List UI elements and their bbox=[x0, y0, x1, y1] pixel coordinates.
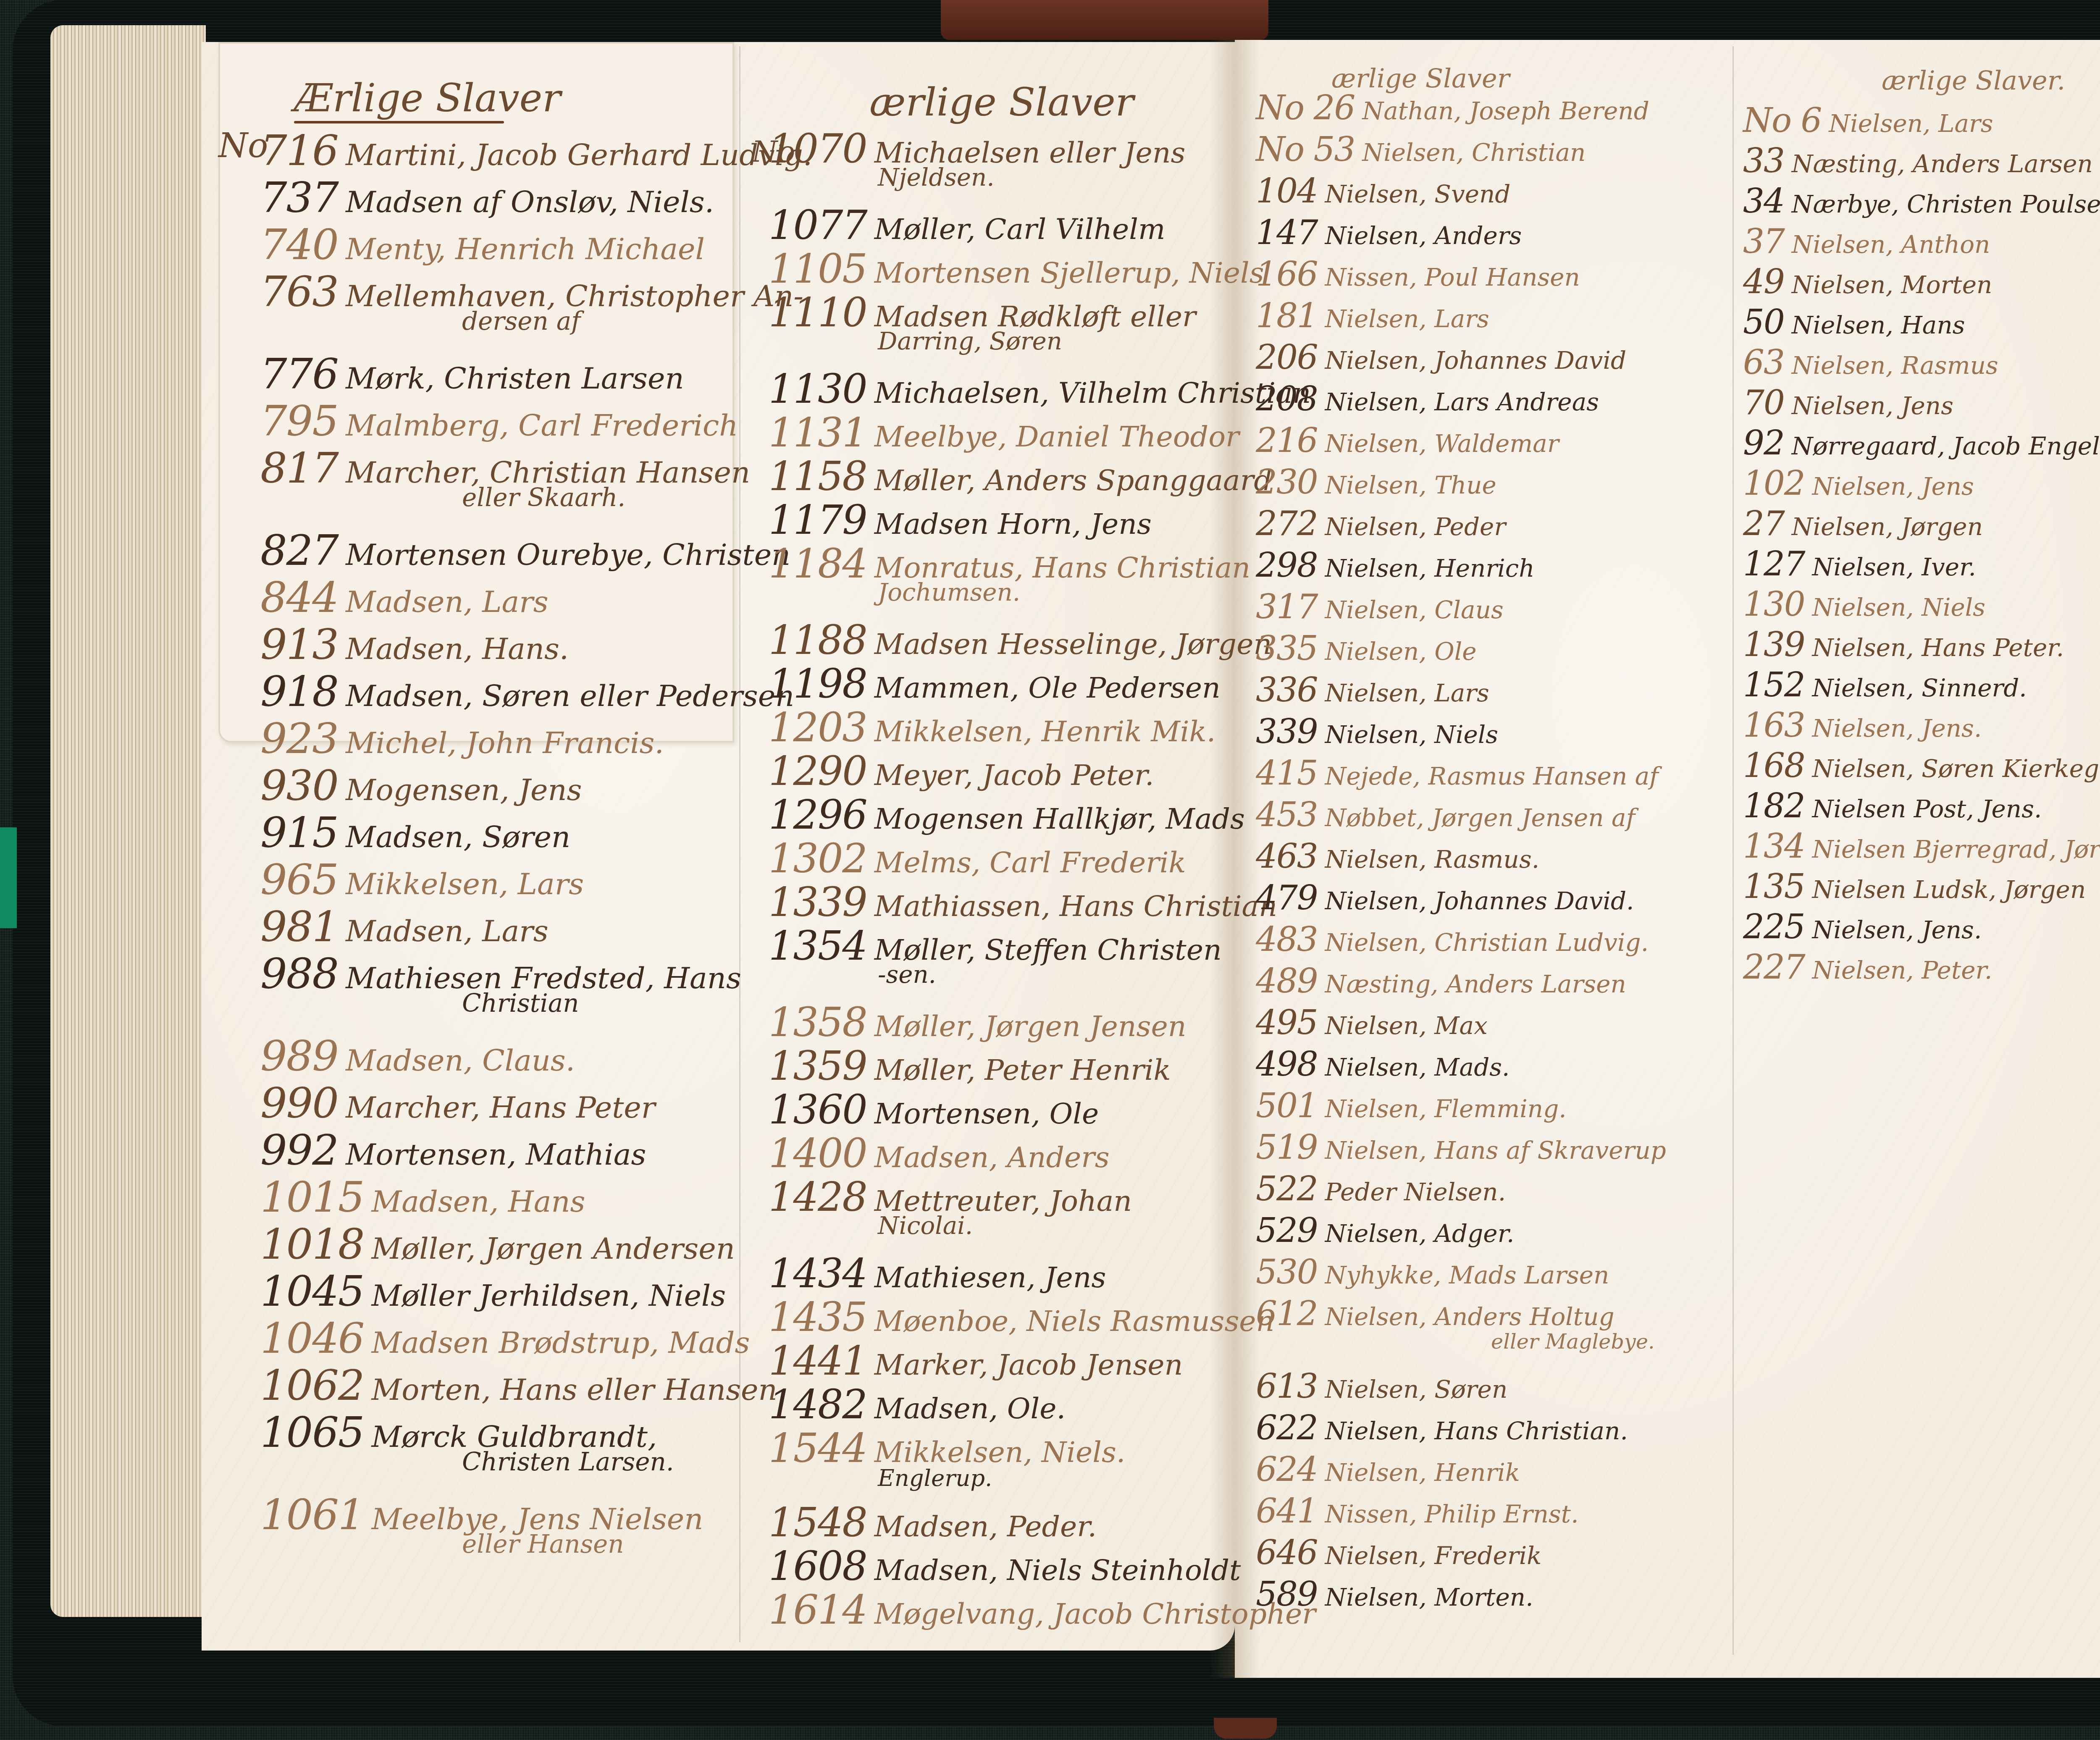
entry-number: 519 bbox=[1256, 1128, 1318, 1167]
entry-number: 336 bbox=[1256, 670, 1318, 709]
entry-name: Nielsen, Niels bbox=[1812, 593, 1985, 622]
entry-number: 1434 bbox=[769, 1251, 867, 1297]
entry-number: 182 bbox=[1743, 786, 1805, 825]
entry-number: 1065 bbox=[260, 1408, 364, 1457]
entry-number: 216 bbox=[1256, 421, 1318, 460]
entry-continuation: eller Skaarh. bbox=[462, 483, 625, 512]
register-entry: 1435Møenboe, Niels Rasmussen bbox=[769, 1294, 1274, 1341]
entry-number: 298 bbox=[1256, 546, 1318, 585]
entry-number: 130 bbox=[1743, 585, 1805, 624]
entry-number: 206 bbox=[1256, 338, 1318, 377]
entry-name: Nielsen, Christian Ludvig. bbox=[1325, 928, 1648, 957]
entry-number: 1158 bbox=[769, 454, 867, 500]
entry-continuation: Nicolai. bbox=[878, 1211, 973, 1240]
entry-name: Nielsen, Waldemar bbox=[1325, 429, 1559, 458]
entry-name: Mikkelsen, Lars bbox=[346, 867, 584, 901]
register-entry: 622Nielsen, Hans Christian. bbox=[1256, 1408, 1628, 1447]
register-entry: 227Nielsen, Peter. bbox=[1743, 947, 1992, 987]
entry-number: 844 bbox=[260, 573, 338, 622]
entry-number: 913 bbox=[260, 620, 338, 669]
entry-name: Nielsen, Hans Peter. bbox=[1812, 633, 2064, 662]
entry-name: Nielsen, Jens bbox=[1792, 391, 1953, 420]
register-entry: 1339Mathiassen, Hans Christian bbox=[769, 879, 1277, 926]
entry-number: 1339 bbox=[769, 879, 867, 926]
entry-name: Nielsen, Lars Andreas bbox=[1325, 388, 1599, 416]
register-entry: 989Madsen, Claus. bbox=[260, 1031, 575, 1081]
entry-name: Nielsen, Adger. bbox=[1325, 1219, 1515, 1248]
entry-number: 1290 bbox=[769, 748, 867, 795]
register-entry: 134Nielsen Bjerregrad, Jørgen bbox=[1743, 827, 2100, 866]
entry-number: 1045 bbox=[260, 1267, 364, 1316]
entry-name: Nielsen, Johannes David bbox=[1325, 346, 1626, 375]
entry-number: 989 bbox=[260, 1031, 338, 1081]
entry-continuation: Jochumsen. bbox=[878, 578, 1020, 606]
register-entry: 1441Marker, Jacob Jensen bbox=[769, 1338, 1183, 1384]
entry-number: 646 bbox=[1256, 1533, 1318, 1572]
entry-number: 795 bbox=[260, 396, 338, 446]
entry-name: Nielsen, Ole bbox=[1325, 637, 1477, 666]
entry-name: Madsen, Hans bbox=[372, 1184, 585, 1219]
register-entry: 70Nielsen, Jens bbox=[1743, 383, 1953, 422]
entry-name: Mortensen Sjellerup, Niels bbox=[874, 257, 1264, 290]
entry-name: Nielsen, Hans bbox=[1792, 311, 1965, 339]
entry-name: Nielsen, Anders Holtug bbox=[1325, 1302, 1614, 1331]
entry-name: Nyhykke, Mads Larsen bbox=[1325, 1261, 1609, 1289]
entry-name: Nielsen, Henrik bbox=[1325, 1458, 1520, 1487]
register-entry: 272Nielsen, Peder bbox=[1256, 504, 1506, 543]
entry-name: Nielsen, Thue bbox=[1325, 471, 1496, 499]
entry-number: 168 bbox=[1743, 746, 1805, 785]
entry-number: 479 bbox=[1256, 878, 1318, 917]
entry-name: Madsen Hesselinge, Jørgen bbox=[874, 628, 1272, 661]
entry-number: 489 bbox=[1256, 961, 1318, 1000]
entry-number: 1435 bbox=[769, 1294, 867, 1341]
register-entry: 990Marcher, Hans Peter bbox=[260, 1079, 655, 1128]
register-entry: 1548Madsen, Peder. bbox=[769, 1500, 1097, 1546]
entry-number: 166 bbox=[1256, 255, 1318, 294]
register-entry: 1359Møller, Peter Henrik bbox=[769, 1043, 1171, 1089]
register-entry: 923Michel, John Francis. bbox=[260, 714, 664, 763]
entry-number: 1198 bbox=[769, 661, 867, 707]
entry-number: 981 bbox=[260, 902, 338, 951]
entry-name: Nielsen, Max bbox=[1325, 1011, 1488, 1040]
entry-number: 1614 bbox=[769, 1587, 867, 1633]
entry-number: 624 bbox=[1256, 1450, 1318, 1489]
entry-name: Melms, Carl Frederik bbox=[874, 846, 1186, 879]
entry-name: Nielsen Bjerregrad, Jørgen bbox=[1812, 835, 2100, 863]
entry-name: Peder Nielsen. bbox=[1325, 1178, 1506, 1206]
entry-name: Mørk, Christen Larsen bbox=[346, 361, 684, 396]
entry-number: 127 bbox=[1743, 544, 1805, 583]
entry-number: 463 bbox=[1256, 837, 1318, 876]
entry-number: 1544 bbox=[769, 1425, 867, 1472]
register-entry: 918Madsen, Søren eller Pedersen bbox=[260, 667, 794, 716]
entry-name: Mikkelsen, Henrik Mik. bbox=[874, 715, 1216, 748]
register-entry: 913Madsen, Hans. bbox=[260, 620, 569, 669]
register-entry: 298Nielsen, Henrich bbox=[1256, 546, 1535, 585]
entry-number: 737 bbox=[260, 173, 338, 222]
entry-number: 1131 bbox=[769, 410, 867, 456]
entry-name: Menty, Henrich Michael bbox=[346, 232, 705, 266]
entry-name: Møller, Peter Henrik bbox=[874, 1054, 1171, 1087]
entry-number: 1608 bbox=[769, 1543, 867, 1590]
entry-number: 483 bbox=[1256, 920, 1318, 959]
register-entry: 166Nissen, Poul Hansen bbox=[1256, 255, 1580, 294]
column-heading: ærlige Slaver. bbox=[1882, 65, 2065, 96]
entry-name: Madsen, Anders bbox=[874, 1141, 1110, 1174]
entry-name: Nielsen, Flemming. bbox=[1325, 1094, 1567, 1123]
entry-name: Nielsen, Hans af Skraverup bbox=[1325, 1136, 1666, 1165]
entry-name: Nielsen Ludsk, Jørgen bbox=[1812, 875, 2086, 904]
entry-name: Møller Jerhildsen, Niels bbox=[372, 1278, 726, 1313]
entry-continuation: Njeldsen. bbox=[878, 163, 995, 192]
entry-name: Nielsen, Mads. bbox=[1325, 1053, 1510, 1081]
entry-number: 1203 bbox=[769, 705, 867, 751]
entry-number: 501 bbox=[1256, 1086, 1318, 1125]
entry-continuation: -sen. bbox=[878, 960, 936, 989]
entry-name: Mogensen, Jens bbox=[346, 773, 582, 807]
register-entry: 1046Madsen Brødstrup, Mads bbox=[260, 1314, 750, 1363]
register-entry: 102Nielsen, Jens bbox=[1743, 464, 1974, 503]
register-entry: 624Nielsen, Henrik bbox=[1256, 1450, 1520, 1489]
entry-number: 104 bbox=[1256, 171, 1318, 210]
entry-number: 776 bbox=[260, 349, 338, 399]
entry-continuation: eller Hansen bbox=[462, 1530, 624, 1559]
entry-name: Nielsen, Anthon bbox=[1792, 230, 1990, 259]
entry-name: Nøbbet, Jørgen Jensen af bbox=[1325, 803, 1635, 832]
register-entry: 1131Meelbye, Daniel Theodor bbox=[769, 410, 1239, 456]
entry-name: Nielsen, Morten. bbox=[1325, 1583, 1533, 1611]
register-entry: 1358Møller, Jørgen Jensen bbox=[769, 1000, 1186, 1046]
entry-number: 33 bbox=[1743, 141, 1784, 180]
register-entry: 1198Mammen, Ole Pedersen bbox=[769, 661, 1221, 707]
entry-number: 1105 bbox=[769, 246, 867, 292]
entry-number: 34 bbox=[1743, 181, 1784, 220]
entry-number: 1302 bbox=[769, 836, 867, 882]
entry-number: 181 bbox=[1256, 296, 1318, 335]
entry-name: Mathiassen, Hans Christian bbox=[874, 890, 1277, 923]
entry-number: 589 bbox=[1256, 1575, 1318, 1614]
entry-number: 230 bbox=[1256, 462, 1318, 501]
entry-name: Nissen, Philip Ernst. bbox=[1325, 1500, 1579, 1528]
entry-number: 147 bbox=[1256, 213, 1318, 252]
entry-number: 63 bbox=[1743, 343, 1784, 382]
register-entry: 127Nielsen, Iver. bbox=[1743, 544, 1976, 583]
entry-number: 522 bbox=[1256, 1169, 1318, 1208]
register-entry: No 53Nielsen, Christian bbox=[1256, 130, 1585, 169]
register-entry: 336Nielsen, Lars bbox=[1256, 670, 1489, 709]
entry-number: 27 bbox=[1743, 504, 1784, 543]
entry-number: 930 bbox=[260, 761, 338, 810]
entry-number: 988 bbox=[260, 949, 338, 998]
entry-name: Nielsen, Svend bbox=[1325, 180, 1511, 208]
register-entry: 63Nielsen, Rasmus bbox=[1743, 343, 1998, 382]
register-entry: 152Nielsen, Sinnerd. bbox=[1743, 665, 2027, 704]
entry-number: 227 bbox=[1743, 947, 1805, 987]
entry-name: Nielsen, Rasmus bbox=[1792, 351, 1998, 380]
entry-name: Nielsen Post, Jens. bbox=[1812, 795, 2042, 823]
entry-number: 1070 bbox=[769, 126, 867, 172]
entry-number: 716 bbox=[260, 126, 338, 175]
entry-number: 1358 bbox=[769, 1000, 867, 1046]
entry-number: 622 bbox=[1256, 1408, 1318, 1447]
register-entry: 479Nielsen, Johannes David. bbox=[1256, 878, 1634, 917]
register-entry: 1158Møller, Anders Spanggaard bbox=[769, 454, 1272, 500]
register-entry: 776Mørk, Christen Larsen bbox=[260, 349, 684, 399]
register-entry: 992Mortensen, Mathias bbox=[260, 1126, 646, 1175]
entry-name: Madsen, Lars bbox=[346, 914, 549, 948]
entry-number: 92 bbox=[1743, 423, 1784, 462]
entry-number: 740 bbox=[260, 220, 338, 269]
entry-number: 152 bbox=[1743, 665, 1805, 704]
register-entry: 1400Madsen, Anders bbox=[769, 1131, 1110, 1177]
entry-number: 918 bbox=[260, 667, 338, 716]
register-entry: 589Nielsen, Morten. bbox=[1256, 1575, 1533, 1614]
entry-name: Madsen, Søren bbox=[346, 820, 570, 854]
entry-name: Madsen, Claus. bbox=[346, 1043, 575, 1078]
entry-number: 1015 bbox=[260, 1173, 364, 1222]
entry-name: Madsen, Niels Steinholdt bbox=[874, 1554, 1241, 1587]
register-entry: 1179Madsen Horn, Jens bbox=[769, 497, 1152, 543]
entry-number: 1110 bbox=[769, 290, 867, 336]
register-entry: 104Nielsen, Svend bbox=[1256, 171, 1511, 210]
entry-number: 817 bbox=[260, 444, 338, 493]
entry-name: Nielsen, Lars bbox=[1325, 304, 1489, 333]
entry-number: 965 bbox=[260, 855, 338, 904]
entry-number: No 26 bbox=[1256, 88, 1354, 127]
register-entry: 613Nielsen, Søren bbox=[1256, 1367, 1507, 1406]
spine-tailband bbox=[1214, 1718, 1277, 1739]
entry-name: Næsting, Anders Larsen bbox=[1792, 150, 2093, 178]
register-entry: 716Martini, Jacob Gerhard Ludvig. bbox=[260, 126, 812, 175]
entry-name: Madsen, Peder. bbox=[874, 1510, 1097, 1543]
entry-name: Nielsen, Lars bbox=[1325, 679, 1489, 707]
entry-number: 529 bbox=[1256, 1211, 1318, 1250]
register-entry: 1482Madsen, Ole. bbox=[769, 1382, 1066, 1428]
entry-name: Madsen af Onsløv, Niels. bbox=[346, 185, 714, 219]
entry-continuation: dersen af bbox=[462, 307, 580, 336]
register-entry: 1077Møller, Carl Vilhelm bbox=[769, 202, 1165, 249]
entry-name: Michaelsen, Vilhelm Christian bbox=[874, 377, 1311, 410]
register-entry: 1015Madsen, Hans bbox=[260, 1173, 585, 1222]
entry-number: 990 bbox=[260, 1079, 338, 1128]
register-entry: 489Næsting, Anders Larsen bbox=[1256, 961, 1626, 1000]
entry-name: Martini, Jacob Gerhard Ludvig. bbox=[346, 138, 812, 172]
entry-number: 1548 bbox=[769, 1500, 867, 1546]
entry-number: 49 bbox=[1743, 262, 1784, 301]
entry-name: Nielsen, Niels bbox=[1325, 720, 1498, 749]
entry-name: Nissen, Poul Hansen bbox=[1325, 263, 1580, 291]
register-entry: 1188Madsen Hesselinge, Jørgen bbox=[769, 617, 1272, 664]
entry-number: 1296 bbox=[769, 792, 867, 838]
entry-name: Mathiesen, Jens bbox=[874, 1261, 1106, 1294]
entry-name: Madsen Brødstrup, Mads bbox=[372, 1325, 750, 1360]
entry-number: 495 bbox=[1256, 1003, 1318, 1042]
register-entry: 646Nielsen, Frederik bbox=[1256, 1533, 1541, 1572]
register-entry: 641Nissen, Philip Ernst. bbox=[1256, 1491, 1579, 1530]
entry-number: 1077 bbox=[769, 202, 867, 249]
column-rule-right-page bbox=[1732, 46, 1734, 1655]
entry-name: Nielsen, Henrich bbox=[1325, 554, 1535, 583]
register-entry: 844Madsen, Lars bbox=[260, 573, 549, 622]
entry-number: 613 bbox=[1256, 1367, 1318, 1406]
entry-name: Nærbye, Christen Poulsen bbox=[1792, 190, 2100, 218]
register-entry: 827Mortensen Ourebye, Christen bbox=[260, 526, 790, 575]
register-entry: 501Nielsen, Flemming. bbox=[1256, 1086, 1567, 1125]
register-entry: 27Nielsen, Jørgen bbox=[1743, 504, 1983, 543]
register-entry: 453Nøbbet, Jørgen Jensen af bbox=[1256, 795, 1635, 834]
entry-annotation: Englerup. bbox=[878, 1465, 992, 1491]
entry-name: Møller, Jørgen Jensen bbox=[874, 1010, 1186, 1043]
entry-name: Madsen, Søren eller Pedersen bbox=[346, 679, 794, 713]
register-entry: 50Nielsen, Hans bbox=[1743, 302, 1965, 341]
entry-name: Malmberg, Carl Frederich bbox=[346, 408, 738, 443]
register-entry: 529Nielsen, Adger. bbox=[1256, 1211, 1514, 1250]
entry-name: Nielsen, Morten bbox=[1792, 270, 1992, 299]
cover-green-marker-left bbox=[0, 827, 17, 928]
entry-name: Madsen Horn, Jens bbox=[874, 508, 1152, 541]
entry-name: Nielsen, Peder bbox=[1325, 512, 1506, 541]
register-entry: 1062Morten, Hans eller Hansen bbox=[260, 1361, 777, 1410]
register-entry: 181Nielsen, Lars bbox=[1256, 296, 1489, 335]
entry-number: 70 bbox=[1743, 383, 1784, 422]
register-entry: 522Peder Nielsen. bbox=[1256, 1169, 1506, 1208]
register-entry: 339Nielsen, Niels bbox=[1256, 712, 1498, 751]
entry-number: 641 bbox=[1256, 1491, 1318, 1530]
register-entry: 1203Mikkelsen, Henrik Mik. bbox=[769, 705, 1215, 751]
entry-name: Mogensen Hallkjør, Mads bbox=[874, 803, 1245, 836]
entry-name: Nielsen, Anders bbox=[1325, 221, 1522, 250]
register-entry: 930Mogensen, Jens bbox=[260, 761, 582, 810]
register-entry: 130Nielsen, Niels bbox=[1743, 585, 1985, 624]
page-edges-left bbox=[50, 25, 206, 1617]
entry-number: 272 bbox=[1256, 504, 1318, 543]
entry-name: Nielsen, Peter. bbox=[1812, 956, 1992, 984]
entry-name: Meelbye, Daniel Theodor bbox=[874, 420, 1239, 454]
entry-name: Nielsen, Hans Christian. bbox=[1325, 1417, 1628, 1445]
register-entry: 206Nielsen, Johannes David bbox=[1256, 338, 1626, 377]
entry-name: Næsting, Anders Larsen bbox=[1325, 970, 1626, 998]
register-entry: 795Malmberg, Carl Frederich bbox=[260, 396, 738, 446]
entry-number: 1130 bbox=[769, 366, 867, 412]
register-entry: 317Nielsen, Claus bbox=[1256, 587, 1504, 626]
entry-name: Møller, Anders Spanggaard bbox=[874, 464, 1272, 497]
register-entry: 740Menty, Henrich Michael bbox=[260, 220, 705, 269]
register-entry: 530Nyhykke, Mads Larsen bbox=[1256, 1252, 1609, 1291]
entry-continuation: Christen Larsen. bbox=[462, 1448, 674, 1477]
entry-continuation: eller Maglebye. bbox=[1491, 1329, 1655, 1354]
register-entry: 1130Michaelsen, Vilhelm Christian bbox=[769, 366, 1311, 412]
entry-number: 530 bbox=[1256, 1252, 1318, 1291]
entry-name: Nielsen, Claus bbox=[1325, 596, 1504, 624]
entry-name: Møller, Carl Vilhelm bbox=[874, 213, 1165, 246]
register-entry: 139Nielsen, Hans Peter. bbox=[1743, 625, 2064, 664]
entry-name: Meyer, Jacob Peter. bbox=[874, 759, 1154, 792]
entry-number: 1428 bbox=[769, 1174, 867, 1220]
register-entry: No 6Nielsen, Lars bbox=[1743, 101, 1993, 140]
register-entry: 965Mikkelsen, Lars bbox=[260, 855, 584, 904]
entry-name: Nielsen, Sinnerd. bbox=[1812, 674, 2027, 702]
entry-number: 453 bbox=[1256, 795, 1318, 834]
register-entry: 1018Møller, Jørgen Andersen bbox=[260, 1220, 735, 1269]
register-entry: 225Nielsen, Jens. bbox=[1743, 907, 1982, 946]
register-entry: 463Nielsen, Rasmus. bbox=[1256, 837, 1539, 876]
entry-number: 335 bbox=[1256, 629, 1318, 668]
entry-number: 1018 bbox=[260, 1220, 364, 1269]
entry-number: 1400 bbox=[769, 1131, 867, 1177]
entry-name: Mortensen Ourebye, Christen bbox=[346, 538, 790, 572]
entry-name: Nielsen, Søren Kierkegaard bbox=[1812, 754, 2100, 783]
entry-name: Nielsen, Frederik bbox=[1325, 1541, 1542, 1570]
register-entry: 147Nielsen, Anders bbox=[1256, 213, 1522, 252]
entry-continuation: Darring, Søren bbox=[878, 327, 1062, 355]
entry-number: 1188 bbox=[769, 617, 867, 664]
entry-number: 827 bbox=[260, 526, 338, 575]
entry-number: 415 bbox=[1256, 753, 1318, 793]
register-entry: 483Nielsen, Christian Ludvig. bbox=[1256, 920, 1648, 959]
spine-headband bbox=[941, 0, 1268, 40]
entry-number: 1359 bbox=[769, 1043, 867, 1089]
entry-number: No 53 bbox=[1256, 130, 1354, 169]
entry-name: Mortensen, Ole bbox=[874, 1097, 1099, 1131]
register-entry: 495Nielsen, Max bbox=[1256, 1003, 1488, 1042]
column-heading: ærlige Slaver bbox=[869, 80, 1134, 125]
register-entry: 1608Madsen, Niels Steinholdt bbox=[769, 1543, 1241, 1590]
register-entry: 33Næsting, Anders Larsen bbox=[1743, 141, 2093, 180]
entry-name: Marker, Jacob Jensen bbox=[874, 1349, 1183, 1382]
entry-name: Nielsen, Jens. bbox=[1812, 916, 1982, 944]
entry-name: Nielsen, Rasmus. bbox=[1325, 845, 1539, 874]
register-entry: 92Nørregaard, Jacob Engelbreth bbox=[1743, 423, 2100, 462]
entry-number: 225 bbox=[1743, 907, 1805, 946]
register-entry: 1614Møgelvang, Jacob Christopher bbox=[769, 1587, 1316, 1633]
entry-number: 923 bbox=[260, 714, 338, 763]
entry-name: Madsen, Hans. bbox=[346, 632, 569, 666]
entry-number: 1062 bbox=[260, 1361, 364, 1410]
entry-number: 1441 bbox=[769, 1338, 867, 1384]
entry-number: No 6 bbox=[1743, 101, 1822, 140]
register-entry: 1296Mogensen Hallkjør, Mads bbox=[769, 792, 1245, 838]
column-heading: Ærlige Slaver bbox=[294, 76, 561, 121]
entry-name: Nielsen, Christian bbox=[1362, 138, 1585, 167]
register-entry: 737Madsen af Onsløv, Niels. bbox=[260, 173, 714, 222]
register-entry: 915Madsen, Søren bbox=[260, 808, 570, 857]
entry-number: 139 bbox=[1743, 625, 1805, 664]
entry-number: 1482 bbox=[769, 1382, 867, 1428]
entry-name: Madsen, Ole. bbox=[874, 1392, 1066, 1425]
register-entry: 1045Møller Jerhildsen, Niels bbox=[260, 1267, 726, 1316]
register-entry: 168Nielsen, Søren Kierkegaard bbox=[1743, 746, 2100, 785]
entry-number: 1360 bbox=[769, 1087, 867, 1133]
register-entry: 415Nejede, Rasmus Hansen af bbox=[1256, 753, 1659, 793]
entry-name: Nielsen, Jens. bbox=[1812, 714, 1982, 743]
entry-name: Nathan, Joseph Berend bbox=[1362, 97, 1649, 125]
entry-number: 1046 bbox=[260, 1314, 364, 1363]
entry-number: 208 bbox=[1256, 379, 1318, 418]
entry-name: Mammen, Ole Pedersen bbox=[874, 672, 1221, 705]
entry-name: Marcher, Hans Peter bbox=[346, 1090, 655, 1125]
entry-number: 992 bbox=[260, 1126, 338, 1175]
register-entry: 135Nielsen Ludsk, Jørgen bbox=[1743, 867, 2086, 906]
entry-number: 1354 bbox=[769, 923, 867, 969]
entry-name: Nielsen, Jens bbox=[1812, 472, 1974, 501]
register-entry: 1434Mathiesen, Jens bbox=[769, 1251, 1106, 1297]
entry-number: 612 bbox=[1256, 1294, 1318, 1333]
register-entry: 335Nielsen, Ole bbox=[1256, 629, 1477, 668]
entry-number: 1061 bbox=[260, 1490, 364, 1539]
entry-continuation: Christian bbox=[462, 989, 579, 1018]
entry-name: Nejede, Rasmus Hansen af bbox=[1325, 762, 1659, 790]
